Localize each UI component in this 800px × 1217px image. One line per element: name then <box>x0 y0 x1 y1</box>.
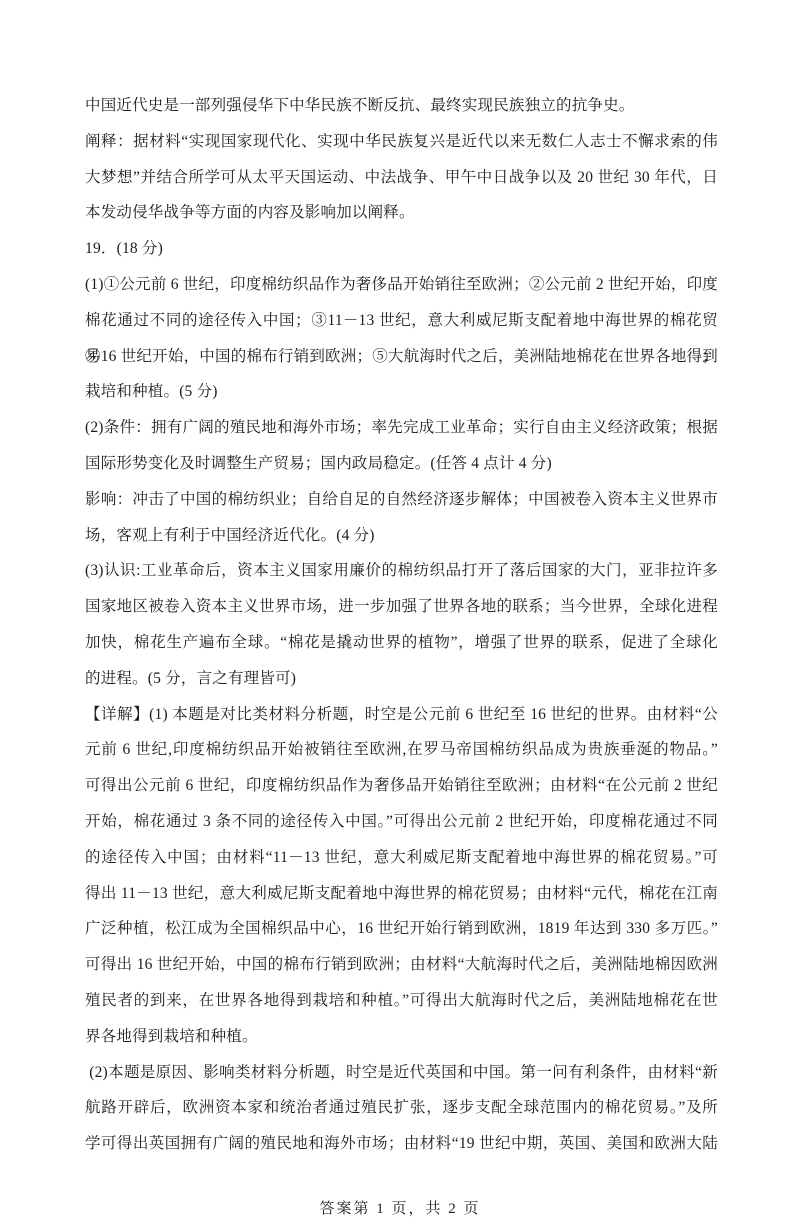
text-line: (2)条件：拥有广阔的殖民地和海外市场；率先完成工业革命；实行自由主义经济政策；… <box>85 410 718 446</box>
text-line: 开始，棉花通过 3 条不同的途径传入中国。”可得出公元前 2 世纪开始，印度棉花… <box>85 804 718 840</box>
text-line: 大梦想”并结合所学可从太平天国运动、中法战争、甲午中日战争以及 20 世纪 30… <box>85 160 718 196</box>
text-line: 影响：冲击了中国的棉纺织业；自给自足的自然经济逐步解体；中国被卷入资本主义世界市 <box>85 482 718 518</box>
text-line: 【详解】(1) 本题是对比类材料分析题，时空是公元前 6 世纪至 16 世纪的世… <box>85 697 718 733</box>
page-footer: 答案第 1 页，共 2 页 <box>0 1199 800 1217</box>
text-line: 界各地得到栽培和种植。 <box>85 1019 718 1055</box>
text-line: 阐释：据材料“实现国家现代化、实现中华民族复兴是近代以来无数仁人志士不懈求索的伟 <box>85 124 718 160</box>
text-line: 广泛种植，松江成为全国棉织品中心，16 世纪开始行销到欧洲，1819 年达到 3… <box>85 911 718 947</box>
text-line: 可得出公元前 6 世纪，印度棉纺织品作为奢侈品开始销往至欧洲；由材料“在公元前 … <box>85 768 718 804</box>
text-line: 中国近代史是一部列强侵华下中华民族不断反抗、最终实现民族独立的抗争史。 <box>85 88 718 124</box>
text-line: (2)本题是原因、影响类材料分析题，时空是近代英国和中国。第一问有利条件，由材料… <box>85 1055 718 1091</box>
text-line: 棉花通过不同的途径传入中国；③11－13 世纪，意大利威尼斯支配着地中海世界的棉… <box>85 303 718 339</box>
text-line: 的进程。(5 分，言之有理皆可) <box>85 661 718 697</box>
text-line: 元前 6 世纪,印度棉纺织品开始被销往至欧洲,在罗马帝国棉纺织品成为贵族垂涎的物… <box>85 732 718 768</box>
text-line: 学可得出英国拥有广阔的殖民地和海外市场；由材料“19 世纪中期，英国、美国和欧洲… <box>85 1126 718 1162</box>
text-line: 得出 11－13 世纪，意大利威尼斯支配着地中海世界的棉花贸易；由材料“元代，棉… <box>85 876 718 912</box>
text-line: ④16 世纪开始，中国的棉布行销到欧洲；⑤大航海时代之后，美洲陆地棉花在世界各地… <box>85 339 718 375</box>
text-line: (1)①公元前 6 世纪，印度棉纺织品作为奢侈品开始销往至欧洲；②公元前 2 世… <box>85 267 718 303</box>
text-line: 国家地区被卷入资本主义世界市场，进一步加强了世界各地的联系；当今世界，全球化进程 <box>85 589 718 625</box>
text-line: 19．(18 分) <box>85 231 718 267</box>
text-line: 本发动侵华战争等方面的内容及影响加以阐释。 <box>85 195 718 231</box>
text-line: 栽培和种植。(5 分) <box>85 374 718 410</box>
answer-document: 中国近代史是一部列强侵华下中华民族不断反抗、最终实现民族独立的抗争史。阐释：据材… <box>85 88 718 1162</box>
text-line: 的途径传入中国；由材料“11－13 世纪，意大利威尼斯支配着地中海世界的棉花贸易… <box>85 840 718 876</box>
text-line: 航路开辟后，欧洲资本家和统治者通过殖民扩张，逐步支配全球范围内的棉花贸易。”及所 <box>85 1090 718 1126</box>
answer-sheet-page: 中国近代史是一部列强侵华下中华民族不断反抗、最终实现民族独立的抗争史。阐释：据材… <box>0 0 800 1217</box>
text-line: 可得出 16 世纪开始，中国的棉布行销到欧洲；由材料“大航海时代之后，美洲陆地棉… <box>85 947 718 983</box>
text-line: 殖民者的到来，在世界各地得到栽培和种植。”可得出大航海时代之后，美洲陆地棉花在世 <box>85 983 718 1019</box>
text-line: 国际形势变化及时调整生产贸易；国内政局稳定。(任答 4 点计 4 分) <box>85 446 718 482</box>
text-line: 加快，棉花生产遍布全球。“棉花是撬动世界的植物”，增强了世界的联系，促进了全球化 <box>85 625 718 661</box>
text-line: (3)认识:工业革命后，资本主义国家用廉价的棉纺织品打开了落后国家的大门，亚非拉… <box>85 553 718 589</box>
text-line: 场，客观上有利于中国经济近代化。(4 分) <box>85 518 718 554</box>
